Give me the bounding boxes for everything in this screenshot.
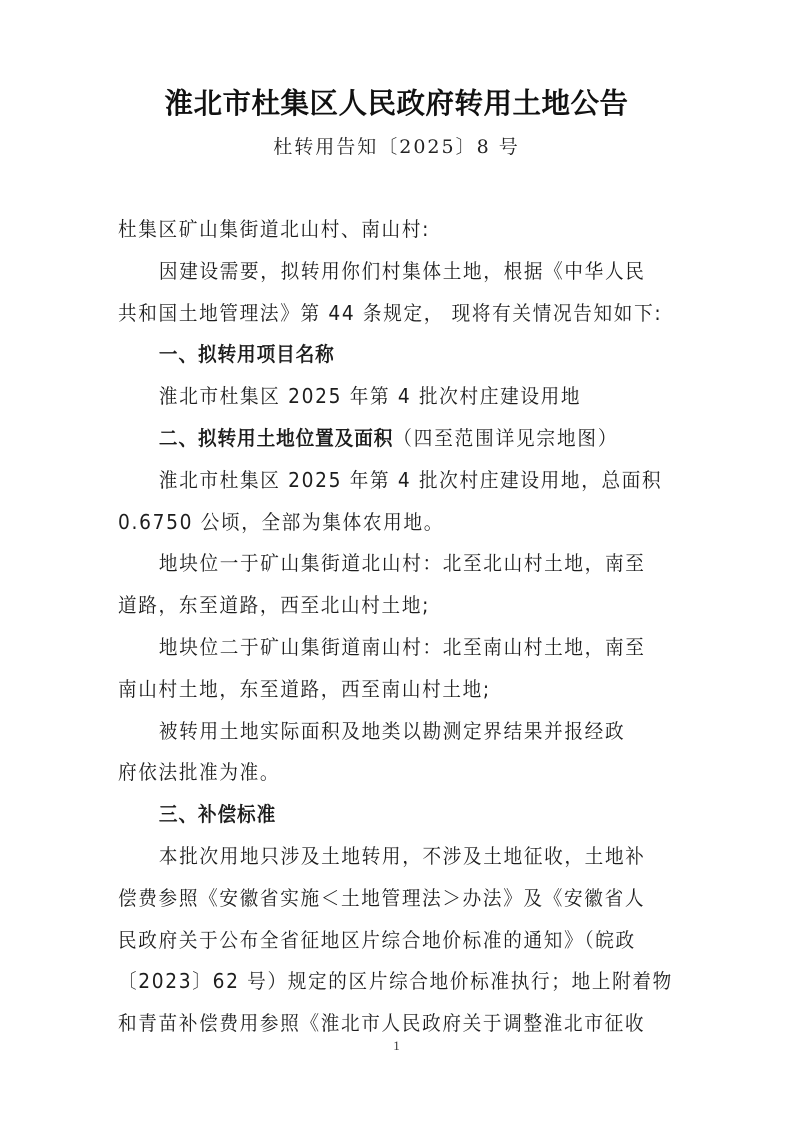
body-line: 地块位二于矿山集街道南山村：北至南山村土地，南至 xyxy=(118,632,639,674)
line-text: 被转用土地实际面积及地类以勘测定界结果并报经政 xyxy=(159,719,625,743)
line-text: 杜集区矿山集街道北山村、南山村: xyxy=(118,217,430,241)
line-text: 道路，东至道路，西至北山村土地; xyxy=(118,593,430,617)
line-text: 南山村土地，东至道路，西至南山村土地; xyxy=(118,677,491,701)
line-text: 淮北市杜集区 2025 年第 4 批次村庄建设用地 xyxy=(159,384,581,408)
section-heading-2: 二、拟转用土地位置及面积（四至范围详见宗地图） xyxy=(118,423,639,465)
line-text: 淮北市杜集区 2025 年第 4 批次村庄建设用地，总面积 xyxy=(159,468,662,492)
document-title: 淮北市杜集区人民政府转用土地公告 xyxy=(0,84,793,122)
body-line: 南山村土地，东至道路，西至南山村土地; xyxy=(118,674,639,716)
body-line: 淮北市杜集区 2025 年第 4 批次村庄建设用地 xyxy=(118,381,639,423)
body-line: 本批次用地只涉及土地转用，不涉及土地征收，土地补 xyxy=(118,841,639,883)
heading-text: 三、补偿标准 xyxy=(159,802,276,826)
line-text: 〔2023〕62 号）规定的区片综合地价标准执行；地上附着物 xyxy=(118,969,673,993)
body-line: 被转用土地实际面积及地类以勘测定界结果并报经政 xyxy=(118,716,639,758)
body-line: 偿费参照《安徽省实施＜土地管理法＞办法》及《安徽省人 xyxy=(118,883,639,925)
page-number: 1 xyxy=(0,1038,793,1054)
heading-text: 一、拟转用项目名称 xyxy=(159,342,335,366)
body-line: 地块位一于矿山集街道北山村：北至北山村土地，南至 xyxy=(118,548,639,590)
body-line: 因建设需要，拟转用你们村集体土地，根据《中华人民 xyxy=(118,256,639,298)
body-line: 道路，东至道路，西至北山村土地; xyxy=(118,590,639,632)
body-line: 淮北市杜集区 2025 年第 4 批次村庄建设用地，总面积 xyxy=(118,465,639,507)
line-text: 共和国土地管理法》第 44 条规定， 现将有关情况告知如下: xyxy=(118,301,662,325)
body-line: 0.6750 公顷，全部为集体农用地。 xyxy=(118,507,639,549)
body-line: 府依法批准为准。 xyxy=(118,757,639,799)
line-text: 本批次用地只涉及土地转用，不涉及土地征收，土地补 xyxy=(159,844,646,868)
body-line: 民政府关于公布全省征地区片综合地价标准的通知》（皖政 xyxy=(118,925,639,967)
line-text: 因建设需要，拟转用你们村集体土地，根据《中华人民 xyxy=(159,259,646,283)
body-line: 共和国土地管理法》第 44 条规定， 现将有关情况告知如下: xyxy=(118,298,639,340)
line-text: 和青苗补偿费用参照《淮北市人民政府关于调整淮北市征收 xyxy=(118,1011,645,1035)
heading-note: （四至范围详见宗地图） xyxy=(393,426,618,450)
body-line: 〔2023〕62 号）规定的区片综合地价标准执行；地上附着物 xyxy=(118,966,639,1008)
section-heading-3: 三、补偿标准 xyxy=(118,799,639,841)
line-text: 地块位一于矿山集街道北山村：北至北山村土地，南至 xyxy=(159,551,646,575)
line-text: 偿费参照《安徽省实施＜土地管理法＞办法》及《安徽省人 xyxy=(118,886,645,910)
document-page: 淮北市杜集区人民政府转用土地公告 杜转用告知〔2025〕8 号 杜集区矿山集街道… xyxy=(0,0,793,1122)
line-text: 0.6750 公顷，全部为集体农用地。 xyxy=(118,510,444,534)
document-number: 杜转用告知〔2025〕8 号 xyxy=(0,134,793,160)
line-text: 府依法批准为准。 xyxy=(118,760,280,784)
addressee-line: 杜集区矿山集街道北山村、南山村: xyxy=(118,214,639,256)
document-body: 杜集区矿山集街道北山村、南山村: 因建设需要，拟转用你们村集体土地，根据《中华人… xyxy=(118,214,678,1050)
heading-text: 二、拟转用土地位置及面积 xyxy=(159,426,393,450)
line-text: 民政府关于公布全省征地区片综合地价标准的通知》（皖政 xyxy=(118,928,636,952)
line-text: 地块位二于矿山集街道南山村：北至南山村土地，南至 xyxy=(159,635,646,659)
section-heading-1: 一、拟转用项目名称 xyxy=(118,339,639,381)
